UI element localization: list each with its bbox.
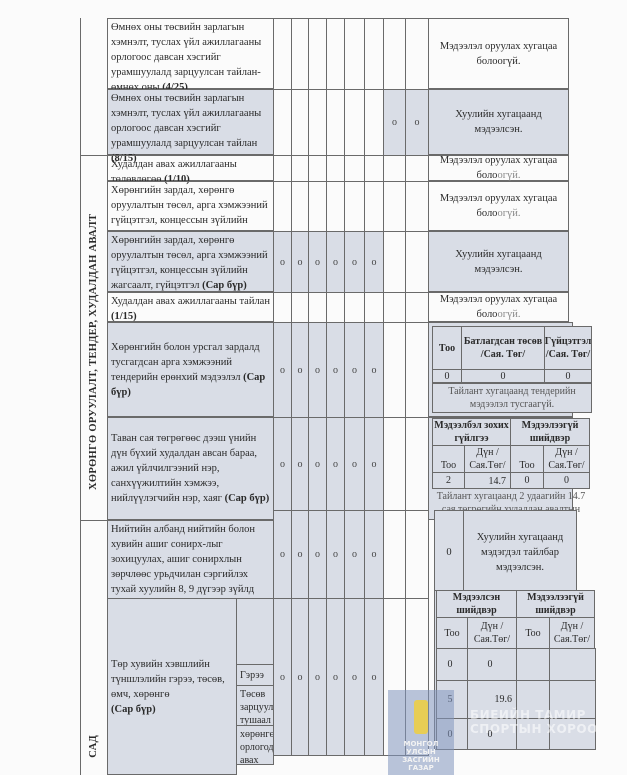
mark-cell <box>383 417 406 511</box>
group-header: Мэдээлээгүй шийдвэр <box>510 418 590 446</box>
mark-cell: o <box>364 231 384 293</box>
value-cell: 2 <box>432 472 465 489</box>
mark-cell: o <box>326 510 345 599</box>
mark-cell <box>291 292 309 323</box>
value-cell <box>549 648 596 681</box>
mark-cell: o <box>364 322 384 418</box>
mark-cell: o <box>291 231 309 293</box>
mark-cell <box>308 181 327 232</box>
value-cell: 0 <box>432 369 462 383</box>
row-title: Хөрөнгийн болон урсгал зардалд тусгагдса… <box>107 322 274 417</box>
col-header: Гүйцэтгэл /Сая. Төг/ <box>544 326 592 370</box>
mark-cell <box>273 155 292 182</box>
section-divider <box>80 520 108 521</box>
mark-cell <box>326 18 345 90</box>
value-cell: 0 <box>510 472 544 489</box>
mark-cell: o <box>383 89 406 156</box>
mark-cell: o <box>326 598 345 756</box>
mark-cell <box>344 18 365 90</box>
mark-cell <box>291 155 309 182</box>
row-title: Хөрөнгийн зардал, хөрөнгө оруулалтын төс… <box>107 181 274 231</box>
subitem: Төсөв зарцуулсан тушаал <box>236 685 274 726</box>
row-status: Мэдээлэл оруулах хугацаа болоогүй. <box>428 292 569 322</box>
mark-cell: o <box>308 417 327 511</box>
mark-cell <box>405 155 429 182</box>
mark-cell: o <box>273 510 292 599</box>
mark-cell: o <box>344 510 365 599</box>
col-header: Дүн /Сая.Төг/ <box>549 617 595 649</box>
value-cell: 14.7 <box>464 472 511 489</box>
mark-cell <box>344 89 365 156</box>
mark-cell <box>273 18 292 90</box>
row-status: Хуулийн хугацаанд мэдээлсэн. <box>428 231 569 292</box>
mark-cell <box>383 155 406 182</box>
mark-cell <box>364 155 384 182</box>
row-title: Нийтийн албанд нийтийн болон хувийн ашиг… <box>107 520 274 610</box>
subitem: Гэрээ <box>236 664 274 686</box>
subitem: хөрөнгө орлогод авах <box>236 725 274 765</box>
col-header: Тоо <box>516 617 550 649</box>
mark-cell <box>364 89 384 156</box>
mark-cell <box>383 181 406 232</box>
mark-cell <box>326 181 345 232</box>
row-title: Худалдан авах ажиллагааны төлөвлөгөө (1/… <box>107 155 274 181</box>
row-status: Мэдээлэл оруулах хугацаа болоогүй. <box>428 181 569 231</box>
mark-cell <box>383 231 406 293</box>
mark-cell <box>405 292 429 323</box>
value-cell: 0 <box>461 369 545 383</box>
mark-cell: o <box>344 231 365 293</box>
subitem-blank <box>236 598 274 665</box>
row-status: Хуулийн хугацаанд мэдээлсэн. <box>428 89 569 155</box>
row-title: Хөрөнгийн зардал, хөрөнгө оруулалтын төс… <box>107 231 274 292</box>
mark-cell: o <box>273 417 292 511</box>
mark-cell <box>273 181 292 232</box>
col-header: Дүн /Сая.Төг/ <box>467 617 517 649</box>
watermark-text: БИЕИЙН ТАМИР СПОРТЫН ХОРОО <box>470 708 627 736</box>
col-header: Тоо <box>432 445 465 473</box>
mark-cell: o <box>405 89 429 156</box>
mark-cell: o <box>344 417 365 511</box>
mark-cell <box>291 89 309 156</box>
mark-cell: o <box>291 510 309 599</box>
table-note: Тайлант хугацаанд тендерийн мэдээлэл тус… <box>432 383 592 413</box>
mark-cell: o <box>344 322 365 418</box>
mark-cell <box>273 89 292 156</box>
mark-cell: o <box>291 598 309 756</box>
row-status: Мэдээлэл оруулах хугацаа болоогүй. <box>428 155 569 181</box>
mark-cell <box>326 89 345 156</box>
group-header: Мэдээлсэн шийдвэр <box>436 590 517 618</box>
row-title: Таван сая төгрөгөөс дээш үнийн дүн бүхий… <box>107 417 274 520</box>
mark-cell <box>383 322 406 418</box>
mark-cell <box>344 292 365 323</box>
mark-cell <box>273 292 292 323</box>
mark-cell: o <box>273 231 292 293</box>
value-cell <box>516 648 550 681</box>
col-header: Тоо <box>436 617 468 649</box>
mark-cell <box>291 18 309 90</box>
mark-cell: o <box>344 598 365 756</box>
mark-cell <box>326 155 345 182</box>
col-header: Дүн /Сая.Төг/ <box>543 445 590 473</box>
declaration-count: 0 <box>434 510 464 595</box>
mark-cell <box>383 18 406 90</box>
left-frame-line <box>80 18 81 775</box>
mark-cell <box>291 181 309 232</box>
row-title: Худалдан авах ажиллагааны тайлан (1/15) <box>107 292 274 322</box>
mark-cell: o <box>364 417 384 511</box>
mark-cell: o <box>291 322 309 418</box>
row-status: Хуулийн хугацаанд мэдэгдэл тайлбар мэдээ… <box>463 510 577 595</box>
section-label-procurement: ХӨРӨНГӨ ОРУУЛАЛТ, ТЕНДЕР, ХУДАЛДАН АВАЛТ <box>88 200 99 490</box>
group-header: Мэдээлээгүй шийдвэр <box>516 590 595 618</box>
mark-cell <box>405 18 429 90</box>
mark-cell <box>344 155 365 182</box>
mark-cell <box>383 292 406 323</box>
col-header: Тоо <box>432 326 462 370</box>
soyombo-emblem-icon <box>414 700 428 734</box>
mark-cell: o <box>308 322 327 418</box>
mark-cell <box>326 292 345 323</box>
mark-cell <box>405 417 429 511</box>
mark-cell: o <box>273 598 292 756</box>
value-cell: 0 <box>467 648 517 681</box>
row-title: Төр хувийн хэвшлийн түншлэлийн гэрээ, тө… <box>107 598 237 775</box>
section-label-sad: САД <box>88 735 99 758</box>
mark-cell: o <box>308 598 327 756</box>
row-status: Мэдээлэл оруулах хугацаа болоогүй. <box>428 18 569 89</box>
value-cell: 0 <box>544 369 592 383</box>
mark-cell <box>405 322 429 418</box>
mark-cell <box>405 510 429 599</box>
mark-cell <box>364 292 384 323</box>
mark-cell: o <box>291 417 309 511</box>
mark-cell <box>383 510 406 599</box>
mark-cell <box>344 181 365 232</box>
col-header: Дүн /Сая.Төг/ <box>464 445 511 473</box>
value-cell: 0 <box>436 648 468 681</box>
mark-cell: o <box>364 598 384 756</box>
mark-cell <box>308 18 327 90</box>
col-header: Тоо <box>510 445 544 473</box>
mark-cell: o <box>308 231 327 293</box>
mark-cell: o <box>326 231 345 293</box>
group-header: Мэдээлбэл зохих гүйлгээ <box>432 418 511 446</box>
mark-cell <box>405 181 429 232</box>
mark-cell <box>308 155 327 182</box>
mark-cell <box>308 292 327 323</box>
col-header: Батлагдсан төсөв /Сая. Төг/ <box>461 326 545 370</box>
mark-cell <box>364 18 384 90</box>
mark-cell <box>308 89 327 156</box>
government-watermark: МОНГОЛ УЛСЫН ЗАСГИЙН ГАЗАР <box>388 690 454 775</box>
section-divider <box>80 155 108 156</box>
value-cell: 0 <box>543 472 590 489</box>
mark-cell: o <box>308 510 327 599</box>
row-title: Өмнөх оны төсвийн зарлагын хэмнэлт, тусл… <box>107 18 274 89</box>
mark-cell: o <box>326 417 345 511</box>
mark-cell: o <box>326 322 345 418</box>
row-title: Өмнөх оны төсвийн зарлагын хэмнэлт, тусл… <box>107 89 274 155</box>
mark-cell <box>405 231 429 293</box>
mark-cell: o <box>364 510 384 599</box>
mark-cell <box>364 181 384 232</box>
mark-cell: o <box>273 322 292 418</box>
